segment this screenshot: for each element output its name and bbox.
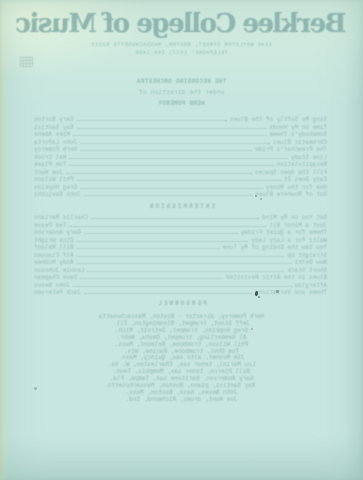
composer-name: Bill Maloof (34, 244, 74, 251)
program-row: AfterglowJohn Neves (34, 282, 327, 290)
personnel-line: Joe Hunt, drums, Richmond, Ind. (0, 397, 363, 404)
composer-name: Hal Crook (34, 154, 66, 161)
piece-title: The Preacher's Pride (255, 146, 327, 153)
program-row: Theme for a Quiet FridayGary Anderson (34, 229, 327, 237)
composer-name: Gary Burton (34, 116, 74, 123)
dotted-leader (91, 218, 259, 219)
program-row: Sing Me Softly of the BluesGary Burton (34, 116, 327, 124)
program-row: Chromatic BluesJohn LaPorta (34, 139, 327, 147)
composer-name: John Bavicchi (34, 191, 81, 198)
piece-title: Got You on My Mind (262, 214, 327, 221)
piece-title: Straight Up (287, 252, 327, 259)
program-row: Got You on My MindCharlie Mariano (34, 214, 327, 222)
scan-smudge (20, 56, 33, 67)
composer-name: John LaPorta (34, 139, 77, 146)
ink-speck (251, 328, 253, 330)
piece-title: Blues in the Attic Revisited (226, 274, 327, 281)
program-list-part1: Sing Me Softly of the BluesGary Burton T… (34, 116, 327, 199)
composer-name: Gary Anderson (34, 229, 81, 236)
piece-title: One for the Money (266, 184, 327, 191)
composer-name: Dave Chapman (34, 274, 77, 281)
piece-title: Just a Minor Bit (269, 222, 327, 229)
concert-subtitle: under the direction of (0, 89, 363, 96)
program-row: One for the MoneyGreg Hopkins (34, 184, 327, 192)
ink-speck (34, 387, 37, 390)
dotted-leader (84, 293, 252, 294)
intermission-heading: INTERMISSION (0, 203, 363, 210)
dotted-leader (80, 143, 270, 144)
bleed-through-layer: Berklee College of Music 1140 BOYLSTON S… (0, 0, 363, 480)
piece-title: Theme and Variations (255, 289, 327, 296)
program-row: Fill the Open SpacesJoe Hunt (34, 169, 327, 177)
piece-title: Recapitulation (277, 161, 327, 168)
composer-name: Dick Wright (34, 237, 74, 244)
piece-title: Out of Nowhere Blues (255, 191, 327, 198)
dotted-leader (77, 180, 281, 181)
ink-speck (276, 290, 279, 293)
dotted-leader (77, 120, 227, 121)
dotted-leader (87, 271, 284, 272)
dotted-leader (73, 286, 292, 287)
program-row: RecapitulationTom Plsek (34, 161, 327, 169)
dotted-leader (84, 233, 238, 234)
program-list-part2: Got You on My MindCharlie Mariano Just a… (34, 214, 327, 297)
dotted-leader (77, 256, 285, 257)
ink-speck (255, 195, 257, 197)
address-line-1: 1140 BOYLSTON STREET, BOSTON, MASSACHUSE… (0, 41, 363, 48)
dotted-leader (77, 128, 267, 129)
dotted-leader (80, 278, 223, 279)
composer-name: Ray Santisi (34, 124, 74, 131)
dotted-leader (77, 248, 220, 249)
ink-speck (258, 296, 260, 298)
berklee-logo-text: Berklee College of Music (0, 11, 363, 37)
personnel-list: Herb Pomeroy, director - Boston, Massach… (0, 314, 363, 404)
dotted-leader (73, 135, 266, 136)
dotted-leader (80, 150, 252, 151)
program-row: New DelhiAndy McGhee (34, 259, 327, 267)
composer-name: Tom Plsek (34, 161, 66, 168)
dotted-leader (69, 158, 288, 159)
ink-speck (260, 198, 262, 200)
piece-title: Easy Does It (284, 176, 327, 183)
piece-title: Somebody's Theme (269, 131, 327, 138)
composer-name: Mike Abene (34, 131, 70, 138)
composer-name: Joe Hunt (34, 169, 63, 176)
program-row: Easy Does ItPhil Wilson (34, 176, 327, 184)
address-line-2: TELEPHONE: (617) 266-1400 (0, 49, 363, 56)
piece-title: Chromatic Blues (273, 139, 327, 146)
program-row: You Saw the Ending of My TuneBill Maloof (34, 244, 327, 252)
dotted-leader (69, 226, 266, 227)
program-row: Waltz for a Lazy LadyDick Wright (34, 237, 327, 245)
dotted-leader (66, 173, 252, 174)
program-row: Line StudyHal Crook (34, 154, 327, 162)
director-name: HERB POMEROY (0, 100, 363, 107)
dotted-leader (84, 195, 252, 196)
program-row: The Preacher's PrideHerb Pomeroy (34, 146, 327, 154)
piece-title: Theme for a Quiet Friday (241, 229, 327, 236)
dotted-leader (69, 165, 273, 166)
program-row: Somebody's ThemeMike Abene (34, 131, 327, 139)
dotted-leader (80, 188, 263, 189)
composer-name: Herb Pomeroy (34, 146, 77, 153)
program-row: Blues in the Attic RevisitedDave Chapman (34, 274, 327, 282)
program-row: Just a Minor BitTed Pease (34, 222, 327, 230)
composer-name: Phil Wilson (34, 176, 74, 183)
composer-name: Lennie Johnson (34, 267, 84, 274)
composer-name: John Neves (34, 282, 70, 289)
piece-title: Short Stack (287, 267, 327, 274)
piece-title: Afterglow (295, 282, 327, 289)
composer-name: Greg Hopkins (34, 184, 77, 191)
program-row: Straight UpAlf Clausen (34, 252, 327, 260)
piece-title: Line Study (291, 154, 327, 161)
program-row: Time on My HandsRay Santisi (34, 124, 327, 132)
program-row: Out of Nowhere BluesJohn Bavicchi (34, 191, 327, 199)
piece-title: You Saw the Ending of My Tune (223, 244, 327, 251)
program-row: Short StackLennie Johnson (34, 267, 327, 275)
program-row: Theme and VariationsJack Petersen (34, 289, 327, 297)
piece-title: Time on My Hands (269, 124, 327, 131)
dotted-leader (77, 241, 249, 242)
concert-title: THE RECORDING ORCHESTRA (0, 78, 363, 85)
piece-title: Sing Me Softly of the Blues (230, 116, 327, 123)
piece-title: New Delhi (295, 259, 327, 266)
composer-name: Andy McGhee (34, 259, 74, 266)
personnel-heading: PERSONNEL (0, 300, 363, 307)
scanned-page: Berklee College of Music 1140 BOYLSTON S… (0, 0, 363, 480)
piece-title: Waltz for a Lazy Lady (251, 237, 327, 244)
composer-name: Alf Clausen (34, 252, 74, 259)
dotted-leader (77, 263, 292, 264)
composer-name: Ted Pease (34, 222, 66, 229)
piece-title: Fill the Open Spaces (255, 169, 327, 176)
composer-name: Charlie Mariano (34, 214, 88, 221)
composer-name: Jack Petersen (34, 289, 81, 296)
